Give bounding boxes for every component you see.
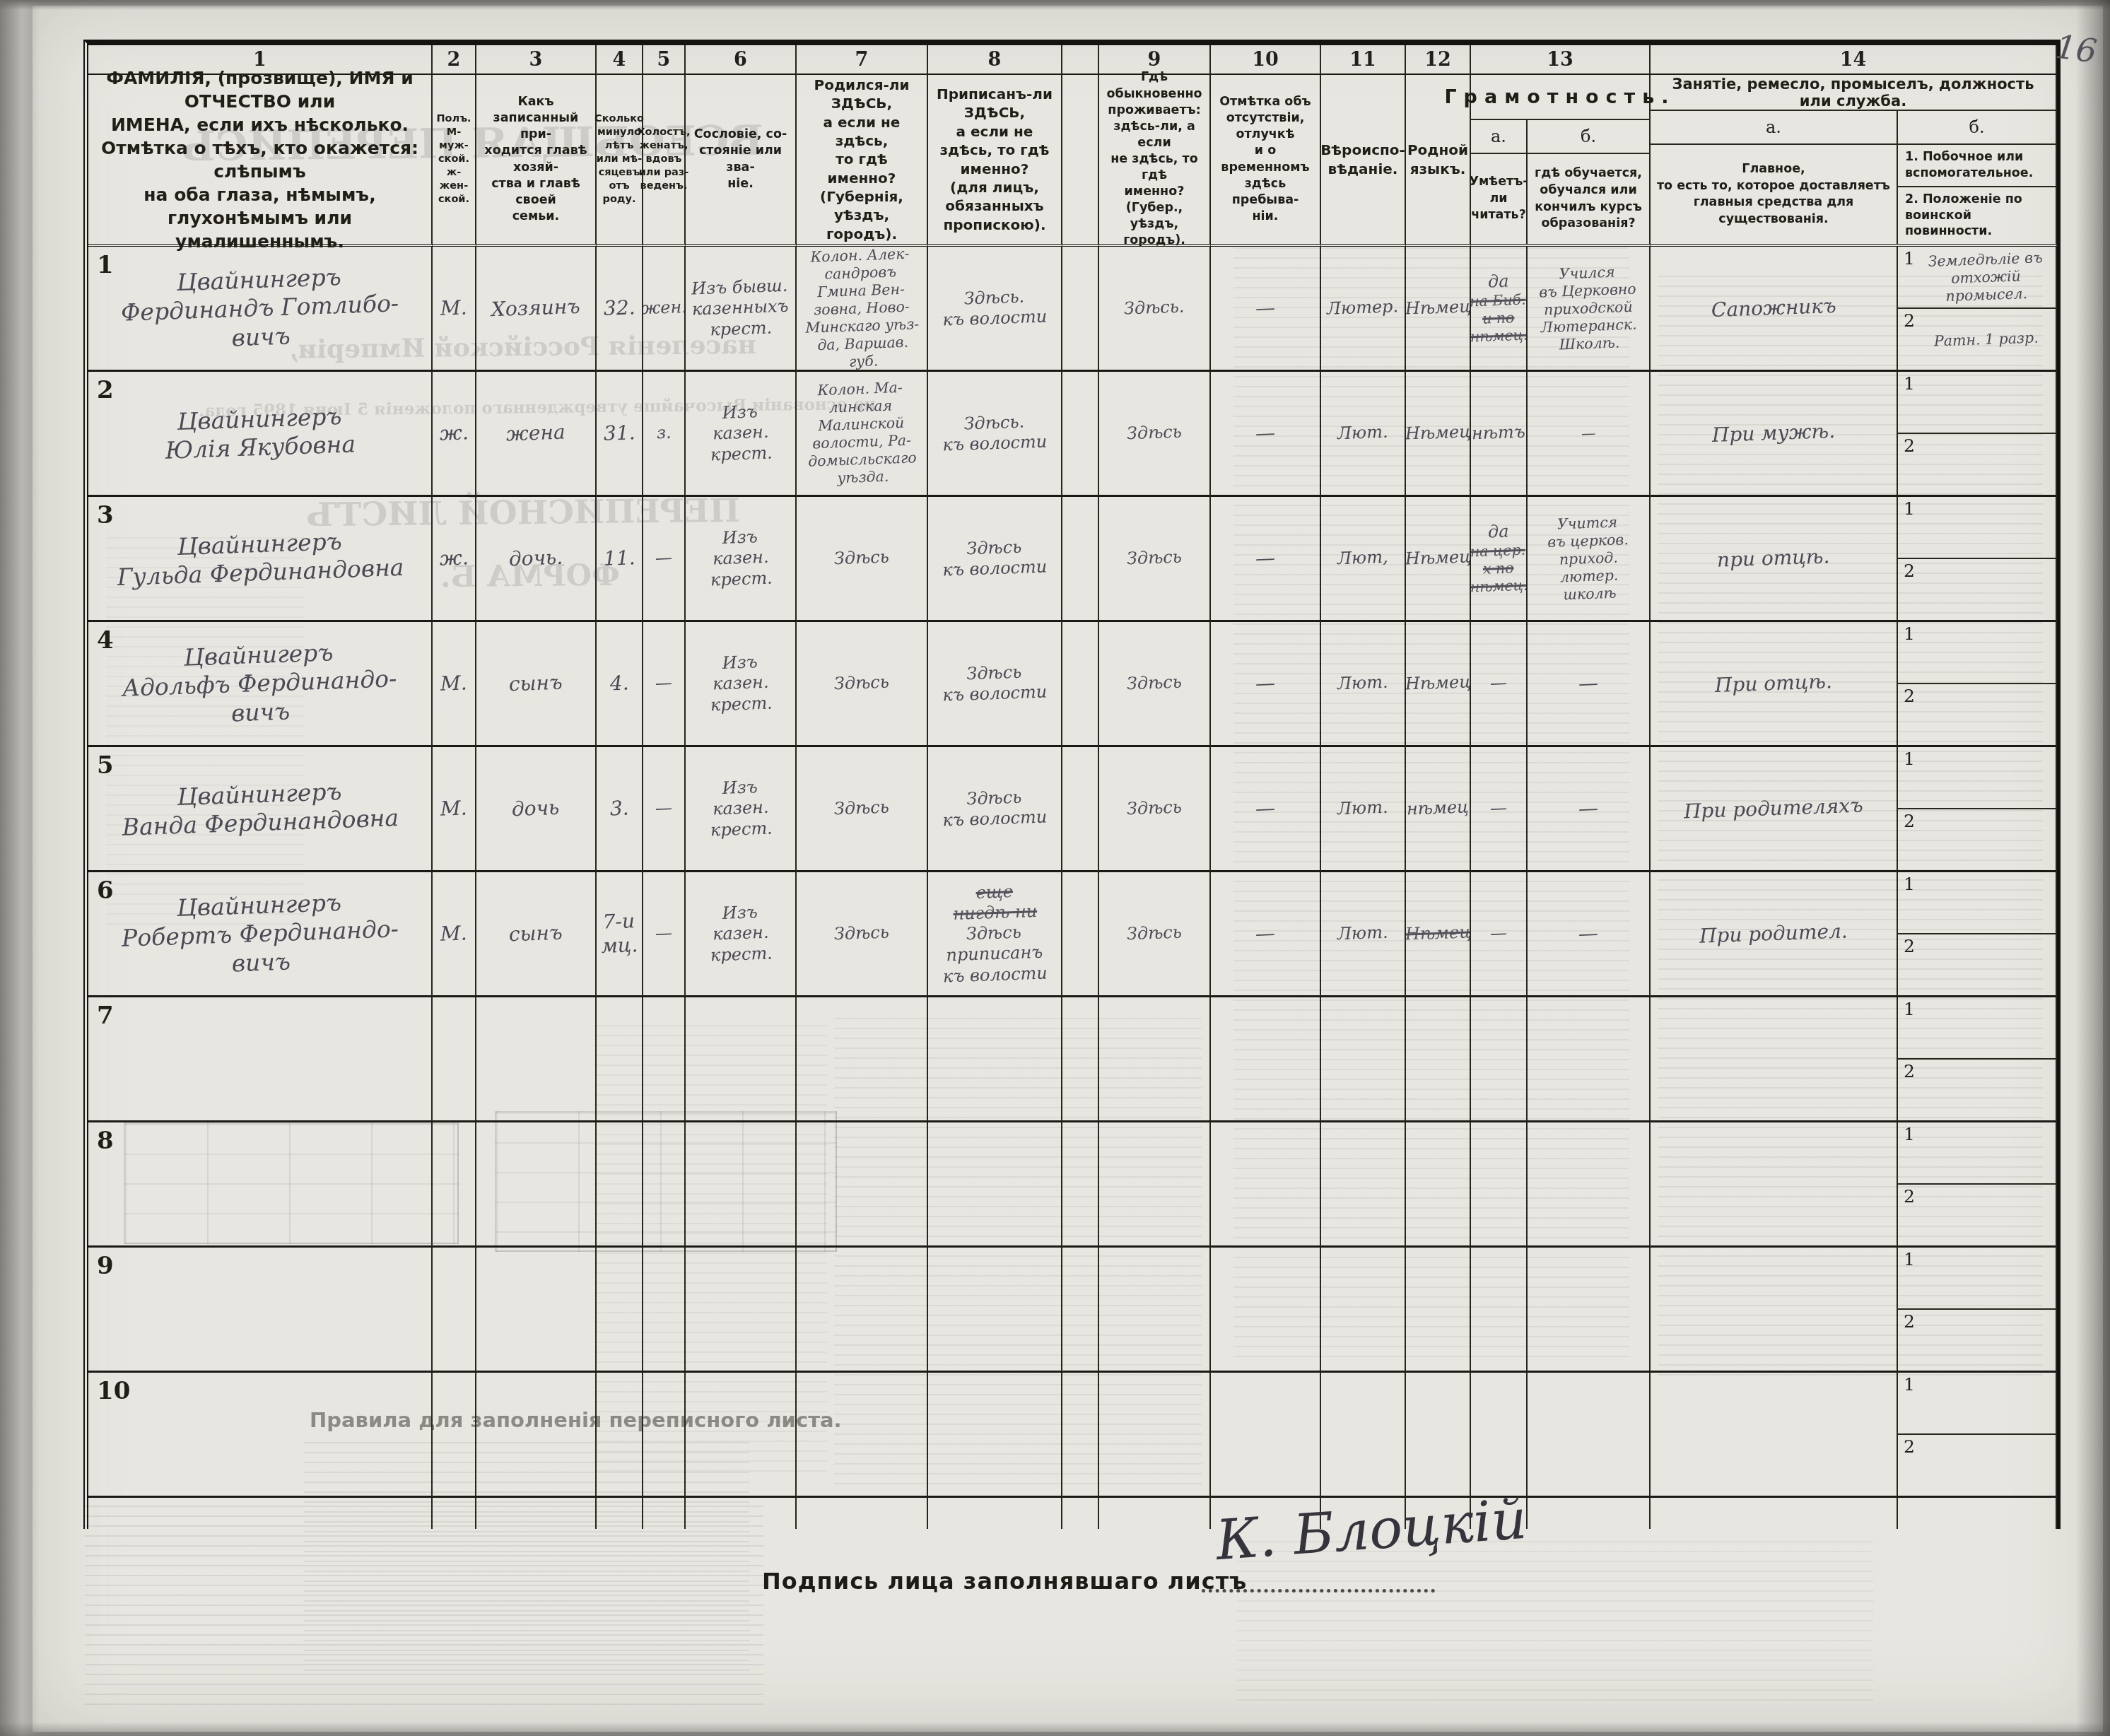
r10-age-cell (597, 1373, 643, 1498)
r6-literacy-a: — (1489, 923, 1507, 944)
col-3-number: 3 (476, 45, 597, 75)
r4-age: 4. (609, 671, 629, 696)
r2-literacy-a: нѣтъ (1472, 422, 1526, 445)
header-literacy-a-desc: Умѣетъ- ли читать? (1471, 154, 1526, 244)
r10-name-cell: 10 (88, 1373, 433, 1498)
header-literacy-b-desc: гдѣ обучается, обучался или кончилъ курс… (1528, 154, 1649, 244)
header-literacy-a: а. Умѣетъ- ли читать? (1471, 120, 1526, 244)
r6-relation: сынъ (509, 921, 563, 947)
r3-religion: Лют, (1337, 547, 1389, 570)
header-religion: Вѣроиспо- вѣданіе. (1321, 75, 1406, 247)
header-absence: Отмѣтка объ отсутствіи, отлучкѣ и о врем… (1211, 75, 1321, 247)
signature-label: Подпись лица заполнявшаго листъ (762, 1568, 1247, 1595)
r5-occupation-b1-cell: 1 (1898, 747, 2056, 809)
census-table: 1 2 3 4 5 6 7 8 9 10 11 12 13 14 ФАМИЛІЯ… (83, 40, 2061, 1529)
signature-dotted-line (1202, 1589, 1435, 1593)
r1-age-cell: 32. (597, 247, 643, 372)
r4-relation: сынъ (509, 671, 563, 697)
r6-sex-cell: М. (433, 872, 476, 997)
r9-occupation-a-cell (1651, 1248, 1898, 1373)
r6-estate: Изъ казен. крест. (708, 902, 773, 966)
header-occupation-b-desc: 1. Побочное или вспомогательное. 2. Поло… (1898, 145, 2056, 244)
header-occupation-a: а. Главное, то есть то, которое доставля… (1651, 111, 1897, 244)
r2-residence-cell: Здѣсь (1099, 372, 1211, 497)
r2-absence: — (1255, 421, 1275, 445)
r10-occupation-a-cell (1651, 1373, 1898, 1498)
r8-marital-cell (643, 1122, 686, 1248)
r3-age: 11. (603, 546, 635, 571)
r1-literacy-a-cell: дана Биб. и по нѣмец. (1471, 247, 1528, 372)
header-occupation-b-label: б. (1898, 111, 2056, 145)
r3-religion-cell: Лют, (1321, 497, 1406, 622)
r3-name-cell: 3Цвайнингеръ Гульда Фердинандовна (88, 497, 433, 622)
header-literacy-group: Грамотность. а. Умѣетъ- ли читать? б. гд… (1471, 75, 1651, 247)
r3-absence: — (1255, 546, 1275, 570)
r7-occupation-b1-cell: 1 (1898, 997, 2056, 1060)
r1-literacy-b: Учился въ Церковно приходской Лютеранск.… (1538, 262, 1639, 354)
r9-sub2-label: 2 (1904, 1311, 1915, 1332)
r5-sub2-label: 2 (1904, 811, 1915, 831)
r3-literacy-a-struck: на цер. х по нѣмец. (1471, 541, 1528, 597)
r6-sex: М. (440, 921, 468, 946)
col-4-number: 4 (597, 45, 643, 75)
r4-language: Нѣмец (1406, 672, 1471, 695)
spacer-number-cell (1062, 45, 1099, 75)
r8-literacy-b-cell (1528, 1122, 1651, 1248)
scan-edge-right (2076, 0, 2110, 1736)
r2-language-cell: Нѣмец (1406, 372, 1471, 497)
r3-literacy-a-cell: дана цер. х по нѣмец. (1471, 497, 1528, 622)
r5-marital-cell: — (643, 747, 686, 872)
r7-literacy-b-cell (1528, 997, 1651, 1122)
r4-residence-cell: Здѣсь (1099, 622, 1211, 747)
r6-absence: — (1255, 921, 1275, 946)
r1-absence: — (1255, 295, 1275, 320)
r4-sub2-label: 2 (1904, 686, 1915, 706)
r2-literacy-b: — (1581, 424, 1595, 442)
r1-religion-cell: Лютер. (1321, 247, 1406, 372)
column-stub (433, 1498, 476, 1529)
header-literacy-title: Грамотность. (1471, 75, 1649, 120)
header-marital: Холостъ, женатъ, вдовъ или раз- веденъ. (643, 75, 686, 247)
r7-sub1-label: 1 (1904, 999, 1915, 1019)
r9-occupation-b-cell: 12 (1898, 1248, 2057, 1373)
header-occupation-b1: 1. Побочное или вспомогательное. (1898, 145, 2056, 187)
r1-absence-cell: — (1211, 247, 1321, 372)
r5-sex: М. (440, 796, 468, 821)
r3-registered: Здѣсь къ волости (942, 536, 1048, 581)
column-stub (1898, 1498, 2057, 1529)
scan-edge-left (0, 0, 40, 1736)
r1-residence-cell: Здѣсь. (1099, 247, 1211, 372)
r1-occupation-b2: Ратн. 1 разр. (1933, 329, 2039, 350)
r2-estate: Изъ казен. крест. (708, 401, 773, 466)
header-relation: Какъ записанный при- ходится главѣ хозяй… (476, 75, 597, 247)
r5-name-cell: 5Цвайнингеръ Ванда Фердинандовна (88, 747, 433, 872)
r5-residence: Здѣсь (1127, 797, 1183, 820)
r1-registered-cell: Здѣсь. къ волости (928, 247, 1062, 372)
header-occupation-b: б. 1. Побочное или вспомогательное. 2. П… (1897, 111, 2056, 244)
r1-sex: М. (440, 295, 468, 320)
r1-residence: Здѣсь. (1124, 297, 1185, 319)
scanned-census-page: ВСЕОБЩАЯ ПЕРЕПИСЬ населенія Россійской И… (0, 0, 2110, 1736)
r2-sex-cell: ж. (433, 372, 476, 497)
r2-spacer-cell (1062, 372, 1099, 497)
r5-absence-cell: — (1211, 747, 1321, 872)
r1-literacy-a-struck: на Биб. и по нѣмец. (1471, 291, 1528, 346)
r2-literacy-a-cell: нѣтъ (1471, 372, 1528, 497)
r4-literacy-b: — (1578, 671, 1598, 696)
header-occupation-a-desc: Главное, то есть то, которое доставляетъ… (1651, 145, 1897, 244)
r10-spacer-cell (1062, 1373, 1099, 1498)
r3-estate: Изъ казен. крест. (708, 527, 773, 591)
r10-relation-cell (476, 1373, 597, 1498)
r1-spacer-cell (1062, 247, 1099, 372)
r10-religion-cell (1321, 1373, 1406, 1498)
column-stub (686, 1498, 797, 1529)
r6-relation-cell: сынъ (476, 872, 597, 997)
r6-literacy-b-cell: — (1528, 872, 1651, 997)
r6-birthplace: Здѣсь (834, 922, 890, 945)
r5-age: 3. (609, 796, 629, 821)
r10-language-cell (1406, 1373, 1471, 1498)
r5-literacy-b-cell: — (1528, 747, 1651, 872)
r1-occupation-b1: Земледѣліе въ отхожій промысел. (1921, 248, 2051, 305)
r8-estate-cell (686, 1122, 797, 1248)
r4-marital: — (655, 673, 672, 694)
r4-literacy-a: — (1489, 673, 1507, 694)
r8-name-cell: 8 (88, 1122, 433, 1248)
column-stub (597, 1498, 643, 1529)
col-10-number: 10 (1211, 45, 1321, 75)
col-6-number: 6 (686, 45, 797, 75)
r3-language: Нѣмец (1406, 547, 1471, 570)
r6-residence: Здѣсь (1127, 922, 1183, 945)
r6-absence-cell: — (1211, 872, 1321, 997)
r2-row-number: 2 (97, 376, 114, 404)
r6-age-cell: 7-и мц. (597, 872, 643, 997)
r3-literacy-b: Учится въ церков. приход. лютер. школѣ (1546, 513, 1630, 604)
r6-registered-cell: еще нигдѣ ниЗдѣсь приписанъ къ волости (928, 872, 1062, 997)
r9-name-cell: 9 (88, 1248, 433, 1373)
r1-registered: Здѣсь. къ волости (942, 286, 1048, 331)
r4-occupation-b1-cell: 1 (1898, 622, 2056, 684)
header-literacy-b: б. гдѣ обучается, обучался или кончилъ к… (1526, 120, 1649, 244)
column-stub (1528, 1498, 1651, 1529)
r2-birthplace-cell: Колон. Ма- линская Малинской волости, Ра… (797, 372, 928, 497)
r3-sex: ж. (439, 546, 469, 571)
r9-occupation-b1-cell: 1 (1898, 1248, 2056, 1310)
r10-literacy-b-cell (1528, 1373, 1651, 1498)
r4-occupation-a-cell: При отцѣ. (1651, 622, 1898, 747)
r4-occupation-b2-cell: 2 (1898, 684, 2056, 745)
r7-marital-cell (643, 997, 686, 1122)
r9-occupation-b2-cell: 2 (1898, 1310, 2056, 1371)
r4-occupation-b-cell: 12 (1898, 622, 2057, 747)
r1-sex-cell: М. (433, 247, 476, 372)
r6-sub1-label: 1 (1904, 874, 1915, 894)
r10-registered-cell (928, 1373, 1062, 1498)
r1-estate: Изъ бывш. казенныхъ крест. (691, 276, 790, 341)
r5-registered-cell: Здѣсь къ волости (928, 747, 1062, 872)
r4-name-cell: 4Цвайнигеръ Адольфъ Фердинандо- вичъ (88, 622, 433, 747)
r5-age-cell: 3. (597, 747, 643, 872)
r4-literacy-a-cell: — (1471, 622, 1528, 747)
page-number: 16 (2053, 28, 2099, 71)
r2-estate-cell: Изъ казен. крест. (686, 372, 797, 497)
r8-sub2-label: 2 (1904, 1186, 1915, 1207)
r6-birthplace-cell: Здѣсь (797, 872, 928, 997)
r1-occupation-a-cell: Сапожникъ (1651, 247, 1898, 372)
header-spacer (1062, 75, 1099, 247)
r6-occupation-a: При родител. (1699, 919, 1848, 948)
header-name: ФАМИЛІЯ, (прозвище), ИМЯ и ОТЧЕСТВО или … (88, 75, 433, 247)
r6-literacy-a-cell: — (1471, 872, 1528, 997)
r2-age: 31. (603, 421, 635, 446)
r5-absence: — (1255, 796, 1275, 821)
r7-row-number: 7 (97, 1002, 114, 1030)
r4-language-cell: Нѣмец (1406, 622, 1471, 747)
r8-registered-cell (928, 1122, 1062, 1248)
r6-religion-cell: Лют. (1321, 872, 1406, 997)
column-stub (797, 1498, 928, 1529)
r3-residence: Здѣсь (1127, 547, 1183, 570)
r5-religion-cell: Лют. (1321, 747, 1406, 872)
r7-literacy-a-cell (1471, 997, 1528, 1122)
r9-language-cell (1406, 1248, 1471, 1373)
r8-religion-cell (1321, 1122, 1406, 1248)
r6-residence-cell: Здѣсь (1099, 872, 1211, 997)
r2-religion: Лют. (1337, 422, 1389, 445)
r3-marital: — (655, 548, 672, 569)
r1-literacy-a: да (1488, 271, 1510, 292)
r3-occupation-b1-cell: 1 (1898, 497, 2056, 559)
r5-literacy-a-cell: — (1471, 747, 1528, 872)
header-occupation-group: Занятіе, ремесло, промыселъ, должность и… (1651, 75, 2057, 247)
column-stub (88, 1498, 433, 1529)
col-7-number: 7 (797, 45, 928, 75)
r8-relation-cell (476, 1122, 597, 1248)
col-5-number: 5 (643, 45, 686, 75)
r3-age-cell: 11. (597, 497, 643, 622)
r9-absence-cell (1211, 1248, 1321, 1373)
r6-name: Цвайнингеръ Робертъ Фердинандо- вичъ (120, 886, 400, 981)
r6-language-struck: Нѣмец (1406, 922, 1471, 945)
r3-marital-cell: — (643, 497, 686, 622)
r3-name: Цвайнингеръ Гульда Фердинандовна (115, 525, 404, 592)
col-11-number: 11 (1321, 45, 1406, 75)
r6-registered-struck: еще нигдѣ ни (952, 881, 1038, 925)
r9-religion-cell (1321, 1248, 1406, 1373)
r10-absence-cell (1211, 1373, 1321, 1498)
r8-age-cell (597, 1122, 643, 1248)
r4-estate-cell: Изъ казен. крест. (686, 622, 797, 747)
header-occupation-title: Занятіе, ремесло, промыселъ, должность и… (1651, 75, 2056, 111)
r1-marital: жен. (643, 297, 686, 319)
r5-sex-cell: М. (433, 747, 476, 872)
r3-estate-cell: Изъ казен. крест. (686, 497, 797, 622)
r6-marital: — (655, 923, 672, 944)
r4-row-number: 4 (97, 626, 114, 655)
r1-name: Цвайнингеръ Фердинандъ Готлибо- вичъ (119, 261, 400, 356)
r5-occupation-a-cell: При родителяхъ (1651, 747, 1898, 872)
r5-residence-cell: Здѣсь (1099, 747, 1211, 872)
r10-literacy-a-cell (1471, 1373, 1528, 1498)
r2-relation: жена (506, 420, 566, 446)
r2-occupation-b-cell: 12 (1898, 372, 2057, 497)
r2-occupation-b2-cell: 2 (1898, 434, 2056, 495)
r10-sub2-label: 2 (1904, 1436, 1915, 1457)
r3-relation-cell: дочь. (476, 497, 597, 622)
r3-occupation-a: при отцѣ. (1717, 544, 1831, 573)
r1-literacy-b-cell: Учился въ Церковно приходской Лютеранск.… (1528, 247, 1651, 372)
r8-occupation-b2-cell: 2 (1898, 1185, 2056, 1245)
r4-registered-cell: Здѣсь къ волости (928, 622, 1062, 747)
header-residence: Гдѣ обыкновенно проживаетъ: здѣсь-ли, а … (1099, 75, 1211, 247)
r5-sub1-label: 1 (1904, 749, 1915, 769)
r1-sub2-label: 2 (1904, 310, 1915, 331)
r2-sex: ж. (439, 421, 469, 446)
r7-name-cell: 7 (88, 997, 433, 1122)
r10-occupation-b1-cell: 1 (1898, 1373, 2056, 1435)
r2-registered-cell: Здѣсь. къ волости (928, 372, 1062, 497)
r1-sub1-label: 1 (1904, 248, 1915, 269)
r1-occupation-b2-cell: 2Ратн. 1 разр. (1898, 309, 2056, 370)
r9-spacer-cell (1062, 1248, 1099, 1373)
r3-birthplace-cell: Здѣсь (797, 497, 928, 622)
r6-estate-cell: Изъ казен. крест. (686, 872, 797, 997)
r7-language-cell (1406, 997, 1471, 1122)
column-stub (928, 1498, 1062, 1529)
r6-occupation-a-cell: При родител. (1651, 872, 1898, 997)
r4-relation-cell: сынъ (476, 622, 597, 747)
header-occupation-b2: 2. Положеніе по воинской повинности. (1898, 187, 2056, 244)
r8-occupation-b-cell: 12 (1898, 1122, 2057, 1248)
column-stub (1099, 1498, 1211, 1529)
r2-residence: Здѣсь (1127, 422, 1183, 445)
r2-occupation-b1-cell: 1 (1898, 372, 2056, 434)
r5-birthplace-cell: Здѣсь (797, 747, 928, 872)
r6-name-cell: 6Цвайнингеръ Робертъ Фердинандо- вичъ (88, 872, 433, 997)
r5-religion: Лют. (1337, 797, 1389, 820)
r7-relation-cell (476, 997, 597, 1122)
r7-residence-cell (1099, 997, 1211, 1122)
r5-language: нѣмец (1407, 797, 1470, 820)
r4-age-cell: 4. (597, 622, 643, 747)
r4-birthplace: Здѣсь (834, 672, 890, 695)
r2-age-cell: 31. (597, 372, 643, 497)
r7-occupation-b-cell: 12 (1898, 997, 2057, 1122)
r2-religion-cell: Лют. (1321, 372, 1406, 497)
r2-registered: Здѣсь. къ волости (942, 411, 1048, 456)
r3-occupation-b-cell: 12 (1898, 497, 2057, 622)
r7-occupation-a-cell (1651, 997, 1898, 1122)
r4-spacer-cell (1062, 622, 1099, 747)
r3-occupation-b2-cell: 2 (1898, 559, 2056, 620)
r8-sub1-label: 1 (1904, 1124, 1915, 1144)
r9-marital-cell (643, 1248, 686, 1373)
r6-religion: Лют. (1337, 922, 1389, 945)
r6-occupation-b2-cell: 2 (1898, 934, 2056, 995)
r8-sex-cell (433, 1122, 476, 1248)
r4-sub1-label: 1 (1904, 623, 1915, 644)
r3-sub1-label: 1 (1904, 498, 1915, 519)
header-literacy-a-label: а. (1471, 120, 1526, 154)
header-age: Сколько минуло лѣтъ или мѣ- сяцевъ отъ р… (597, 75, 643, 247)
r3-residence-cell: Здѣсь (1099, 497, 1211, 622)
r1-name-cell: 1Цвайнингеръ Фердинандъ Готлибо- вичъ (88, 247, 433, 372)
r5-relation: дочь (512, 796, 560, 821)
r4-religion-cell: Лют. (1321, 622, 1406, 747)
scan-edge-top (0, 0, 2110, 10)
r7-sex-cell (433, 997, 476, 1122)
col-13-number: 13 (1471, 45, 1651, 75)
header-estate: Сословіе, со- стояніе или зва- ніе. (686, 75, 797, 247)
r1-language: Нѣмец (1406, 297, 1471, 319)
column-stub (1062, 1498, 1099, 1529)
r2-marital: з. (656, 423, 672, 444)
r7-birthplace-cell (797, 997, 928, 1122)
r4-absence-cell: — (1211, 622, 1321, 747)
r1-birthplace-cell: Колон. Алек- сандровъ Гмина Вен- зовна, … (797, 247, 928, 372)
r5-birthplace: Здѣсь (834, 797, 890, 820)
r6-age: 7-и мц. (600, 909, 638, 958)
r2-relation-cell: жена (476, 372, 597, 497)
column-stub (476, 1498, 597, 1529)
r10-row-number: 10 (97, 1377, 130, 1405)
r2-marital-cell: з. (643, 372, 686, 497)
r7-registered-cell (928, 997, 1062, 1122)
r5-literacy-b: — (1578, 796, 1598, 821)
r9-sub1-label: 1 (1904, 1249, 1915, 1269)
r10-estate-cell (686, 1373, 797, 1498)
r4-absence: — (1255, 671, 1275, 696)
r9-birthplace-cell (797, 1248, 928, 1373)
r9-literacy-b-cell (1528, 1248, 1651, 1373)
r1-religion: Лютер. (1327, 297, 1399, 320)
r10-sex-cell (433, 1373, 476, 1498)
r1-estate-cell: Изъ бывш. казенныхъ крест. (686, 247, 797, 372)
r8-occupation-b1-cell: 1 (1898, 1122, 2056, 1185)
r3-relation: дочь. (508, 546, 563, 572)
r6-occupation-b1-cell: 1 (1898, 872, 2056, 934)
r3-spacer-cell (1062, 497, 1099, 622)
col-8-number: 8 (928, 45, 1062, 75)
r6-registered: Здѣсь приписанъ къ волости (942, 922, 1048, 987)
r5-name: Цвайнингеръ Ванда Фердинандовна (120, 775, 399, 842)
column-stub (643, 1498, 686, 1529)
r4-birthplace-cell: Здѣсь (797, 622, 928, 747)
r9-literacy-a-cell (1471, 1248, 1528, 1373)
r7-sub2-label: 2 (1904, 1061, 1915, 1081)
r5-occupation-a: При родителяхъ (1684, 794, 1864, 824)
r1-occupation-a: Сапожникъ (1711, 294, 1836, 322)
r2-sub2-label: 2 (1904, 435, 1915, 456)
r7-religion-cell (1321, 997, 1406, 1122)
r3-literacy-b-cell: Учится въ церков. приход. лютер. школѣ (1528, 497, 1651, 622)
r8-row-number: 8 (97, 1127, 114, 1155)
r9-row-number: 9 (97, 1252, 114, 1280)
r9-registered-cell (928, 1248, 1062, 1373)
r6-literacy-b: — (1578, 921, 1598, 946)
r8-birthplace-cell (797, 1122, 928, 1248)
r1-birthplace: Колон. Алек- сандровъ Гмина Вен- зовна, … (797, 247, 926, 372)
r1-language-cell: Нѣмец (1406, 247, 1471, 372)
r1-row-number: 1 (97, 251, 114, 279)
r2-language: Нѣмец (1406, 422, 1471, 445)
r6-occupation-b-cell: 12 (1898, 872, 2057, 997)
r3-absence-cell: — (1211, 497, 1321, 622)
